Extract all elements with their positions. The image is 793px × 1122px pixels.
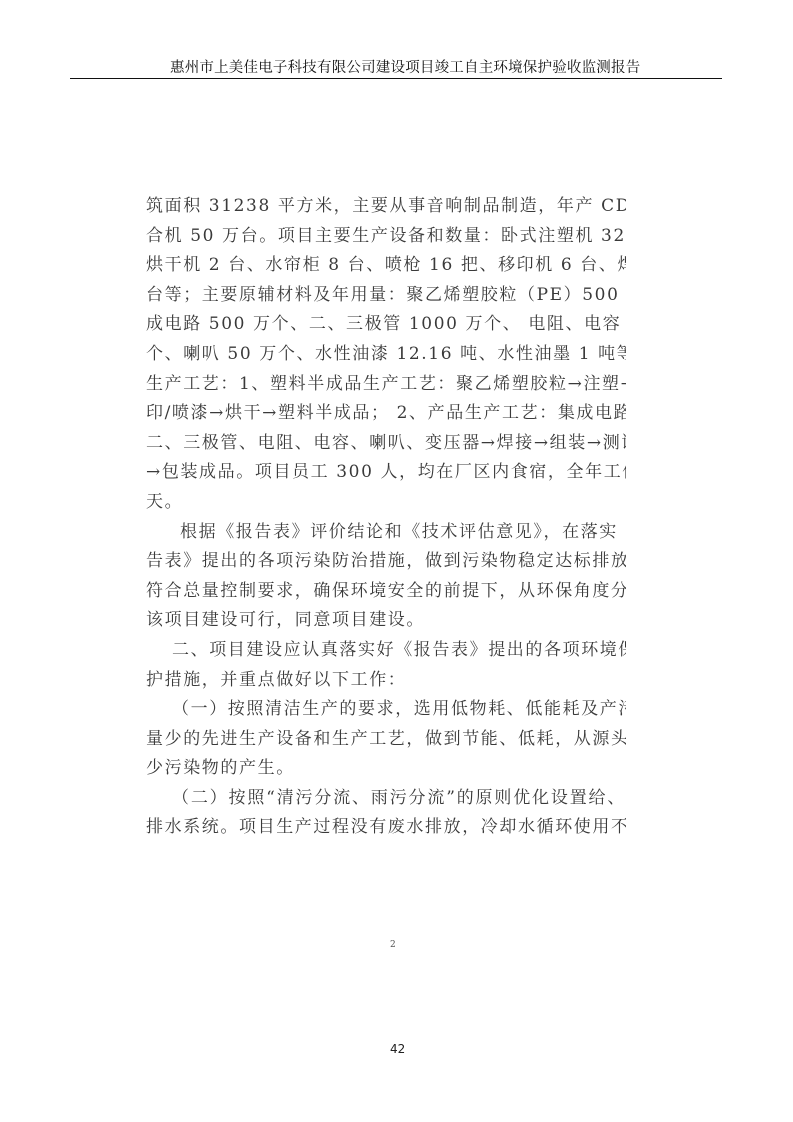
section-heading: 二、项目建设应认真落实好《报告表》提出的各项环境保 bbox=[146, 636, 626, 666]
paragraph-start: 根据《报告表》评价结论和《技术评估意见》，在落实《报 bbox=[146, 518, 626, 548]
text-line: 生产工艺：1、塑料半成品生产工艺：聚乙烯塑胶粒→注塑→移 bbox=[146, 370, 626, 400]
page-number: 42 bbox=[390, 1042, 405, 1056]
text-line: 印/喷漆→烘干→塑料半成品； 2、产品生产工艺：集成电路， bbox=[146, 399, 626, 429]
body-text: 筑面积 31238 平方米，主要从事音响制品制造，年产 CD 音响组 合机 50… bbox=[146, 192, 626, 843]
text-line: 少污染物的产生。 bbox=[146, 754, 626, 784]
list-item-start: （一）按照清洁生产的要求，选用低物耗、低能耗及产污 bbox=[146, 695, 626, 725]
text-line: 合机 50 万台。项目主要生产设备和数量：卧式注塑机 32 台、 bbox=[146, 222, 626, 252]
text-line: →包装成品。项目员工 300 人，均在厂区内食宿，全年工作 300 bbox=[146, 458, 626, 488]
text-line: 量少的先进生产设备和生产工艺，做到节能、低耗，从源头减 bbox=[146, 725, 626, 755]
text-line: 告表》提出的各项污染防治措施，做到污染物稳定达标排放和 bbox=[146, 547, 626, 577]
text-line: 烘干机 2 台、水帘柜 8 台、喷枪 16 把、移印机 6 台、焊机 20 bbox=[146, 251, 626, 281]
text-line: 天。 bbox=[146, 488, 626, 518]
report-title: 惠州市上美佳电子科技有限公司建设项目竣工自主环境保护验收监测报告 bbox=[170, 56, 640, 77]
text-line: 该项目建设可行，同意项目建设。 bbox=[146, 606, 626, 636]
text-line: 成电路 500 万个、二、三极管 1000 万个、 电阻、电容 3000 万 bbox=[146, 310, 626, 340]
page-header: 惠州市上美佳电子科技有限公司建设项目竣工自主环境保护验收监测报告 bbox=[70, 54, 722, 79]
text-line: 台等；主要原辅材料及年用量：聚乙烯塑胶粒（PE）500 吨、集 bbox=[146, 281, 626, 311]
text-line: 筑面积 31238 平方米，主要从事音响制品制造，年产 CD 音响组 bbox=[146, 192, 626, 222]
text-line: 排水系统。项目生产过程没有废水排放，冷却水循环使用不外 bbox=[146, 813, 626, 843]
text-line: 护措施，并重点做好以下工作： bbox=[146, 666, 626, 696]
list-item-start: （二）按照“清污分流、雨污分流”的原则优化设置给、 bbox=[146, 784, 626, 814]
text-line: 个、喇叭 50 万个、水性油漆 12.16 吨、水性油墨 1 吨等；主要 bbox=[146, 340, 626, 370]
text-line: 符合总量控制要求，确保环境安全的前提下，从环保角度分析， bbox=[146, 577, 626, 607]
text-line: 二、三极管、电阻、电容、喇叭、变压器→焊接→组装→测试 bbox=[146, 429, 626, 459]
scanned-page-number: 2 bbox=[390, 940, 396, 950]
